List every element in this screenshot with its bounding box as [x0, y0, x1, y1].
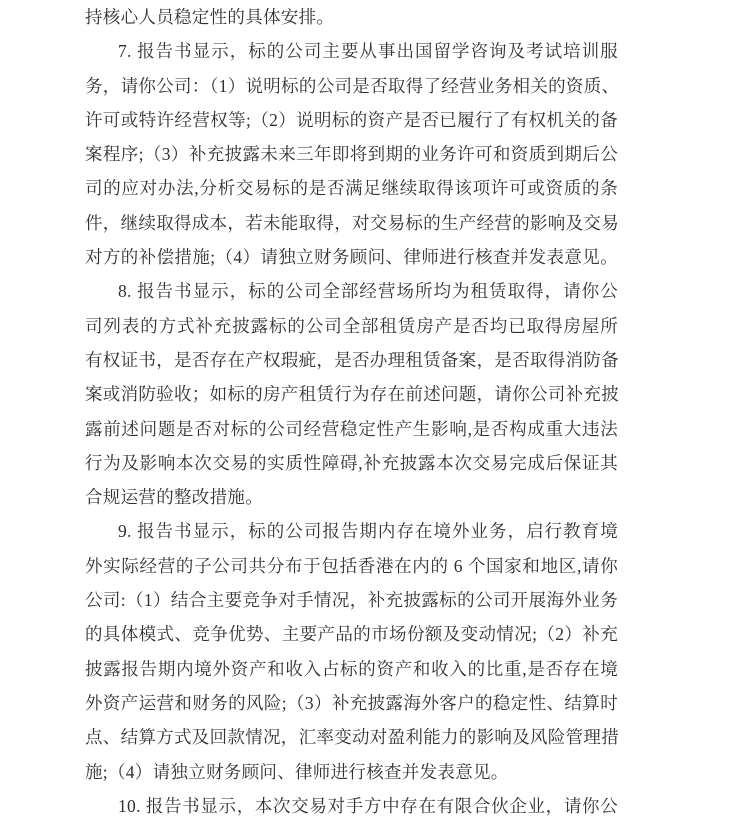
text-line: 8. 报告书显示，标的公司全部经营场所均为租赁取得，请你公 — [85, 274, 618, 308]
text-line: 案或消防验收；如标的房产租赁行为存在前述问题，请你公司补充披 — [85, 377, 618, 411]
text-line: 司列表的方式补充披露标的公司全部租赁房产是否均已取得房屋所 — [85, 309, 618, 343]
text-line: 许可或特许经营权等;（2）说明标的资产是否已履行了有权机关的备 — [85, 103, 618, 137]
text-line: 持核心人员稳定性的具体安排。 — [85, 0, 618, 34]
paragraph-7: 7. 报告书显示，标的公司主要从事出国留学咨询及考试培训服务，请你公司：（1）说… — [85, 34, 618, 274]
paragraph-8: 8. 报告书显示，标的公司全部经营场所均为租赁取得，请你公司列表的方式补充披露标… — [85, 274, 618, 514]
text-line: 点、结算方式及回款情况，汇率变动对盈利能力的影响及风险管理措 — [85, 720, 618, 754]
text-line: 行为及影响本次交易的实质性障碍,补充披露本次交易完成后保证其 — [85, 446, 618, 480]
paragraph-6-continuation: 持核心人员稳定性的具体安排。 — [85, 0, 618, 34]
text-line: 件，继续取得成本，若未能取得，对交易标的生产经营的影响及交易 — [85, 206, 618, 240]
text-line: 施;（4）请独立财务顾问、律师进行核查并发表意见。 — [85, 755, 618, 789]
text-line: 9. 报告书显示，标的公司报告期内存在境外业务，启行教育境 — [85, 514, 618, 548]
paragraph-9: 9. 报告书显示，标的公司报告期内存在境外业务，启行教育境外实际经营的子公司共分… — [85, 514, 618, 788]
text-line: 10. 报告书显示，本次交易对手方中存在有限合伙企业，请你公 — [85, 789, 618, 823]
text-line: 外资产运营和财务的风险;（3）补充披露海外客户的稳定性、结算时 — [85, 686, 618, 720]
text-line: 的具体模式、竞争优势、主要产品的市场份额及变动情况;（2）补充 — [85, 617, 618, 651]
text-line: 公司:（1）结合主要竞争对手情况，补充披露标的公司开展海外业务 — [85, 583, 618, 617]
text-line: 合规运营的整改措施。 — [85, 480, 618, 514]
text-line: 露前述问题是否对标的公司经营稳定性产生影响,是否构成重大违法 — [85, 412, 618, 446]
text-line: 对方的补偿措施;（4）请独立财务顾问、律师进行核查并发表意见。 — [85, 240, 618, 274]
text-line: 司的应对办法,分析交易标的是否满足继续取得该项许可或资质的条 — [85, 171, 618, 205]
text-line: 外实际经营的子公司共分布于包括香港在内的 6 个国家和地区,请你 — [85, 549, 618, 583]
text-line: 务，请你公司：（1）说明标的公司是否取得了经营业务相关的资质、 — [85, 69, 618, 103]
paragraph-10: 10. 报告书显示，本次交易对手方中存在有限合伙企业，请你公 — [85, 789, 618, 823]
text-line: 有权证书，是否存在产权瑕疵，是否办理租赁备案，是否取得消防备 — [85, 343, 618, 377]
text-line: 7. 报告书显示，标的公司主要从事出国留学咨询及考试培训服 — [85, 34, 618, 68]
document-text: 持核心人员稳定性的具体安排。7. 报告书显示，标的公司主要从事出国留学咨询及考试… — [85, 0, 618, 823]
text-line: 案程序;（3）补充披露未来三年即将到期的业务许可和资质到期后公 — [85, 137, 618, 171]
text-line: 披露报告期内境外资产和收入占标的资产和收入的比重,是否存在境 — [85, 652, 618, 686]
document-page: 持核心人员稳定性的具体安排。7. 报告书显示，标的公司主要从事出国留学咨询及考试… — [0, 0, 730, 823]
